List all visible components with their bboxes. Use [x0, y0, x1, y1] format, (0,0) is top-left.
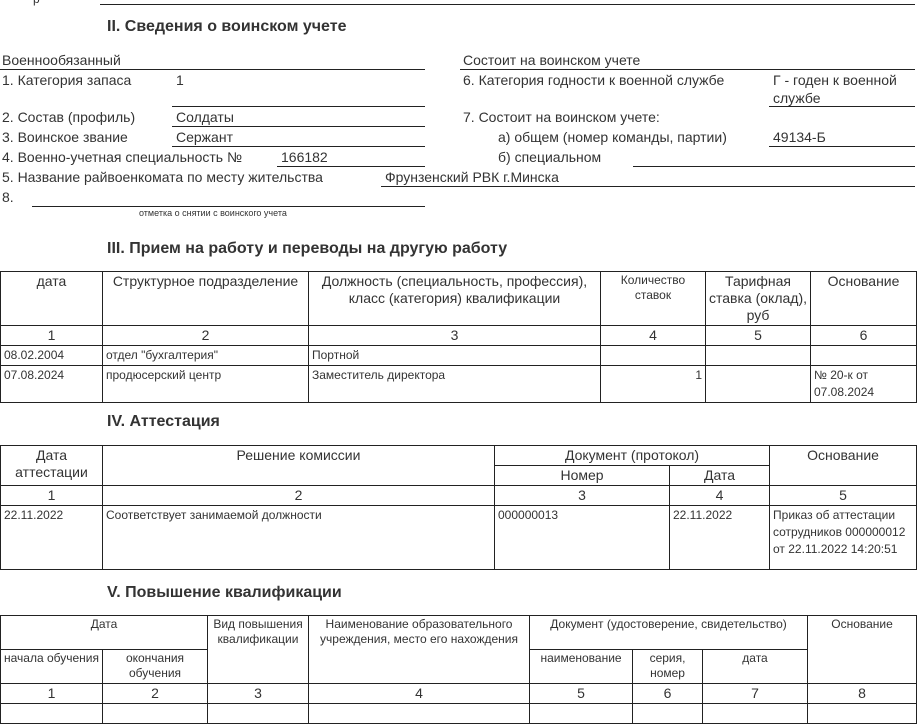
- cell-rates: 1: [601, 366, 706, 403]
- col-header-doc-date: дата: [703, 650, 808, 684]
- cell-type: [208, 704, 309, 724]
- qualification-table: Дата Вид повышения квалификации Наименов…: [0, 615, 917, 724]
- col-number: 1: [1, 684, 103, 704]
- cell-date: 07.08.2024: [1, 366, 103, 403]
- cell-department: продюсерский центр: [103, 366, 309, 403]
- col-header-doc-series: серия, номер: [633, 650, 703, 684]
- rule: [460, 69, 915, 70]
- employment-table: дата Структурное подразделение Должность…: [0, 271, 917, 403]
- rule: [172, 126, 425, 127]
- col-header-basis: Основание: [770, 446, 917, 486]
- col-header-date: Дата: [1, 616, 208, 650]
- removal-note: отметка о снятии с воинского учета: [139, 208, 287, 218]
- section5-title: V. Повышение квалификации: [107, 584, 342, 602]
- section2-title: II. Сведения о воинском учете: [107, 18, 346, 36]
- col-number: 6: [633, 684, 703, 704]
- col-number: 6: [811, 326, 917, 346]
- top-fragment: р: [33, 0, 40, 8]
- registration-label: 7. Состоит на воинском учете:: [463, 108, 660, 126]
- cell-rates: [601, 346, 706, 366]
- col-header-institution: Наименование образовательного учреждения…: [309, 616, 530, 684]
- section3-title: III. Прием на работу и переводы на другу…: [107, 240, 507, 258]
- col-number: 3: [208, 684, 309, 704]
- commissariat-value: Фрунзенский РВК г.Минска: [385, 168, 559, 186]
- col-header-salary: Тарифная ставка (оклад), руб: [706, 272, 811, 326]
- general-registration-value: 49134-Б: [773, 128, 826, 146]
- cell-date: 08.02.2004: [1, 346, 103, 366]
- col-header-attestation-date: Дата аттестации: [1, 446, 103, 486]
- rule: [633, 166, 915, 167]
- rule: [769, 106, 915, 107]
- specialty-value: 166182: [281, 148, 328, 166]
- cell-start: [1, 704, 103, 724]
- cell-attestation-date: 22.11.2022: [1, 506, 103, 570]
- table-row: 07.08.2024 продюсерский центр Заместител…: [1, 366, 917, 403]
- rule: [32, 206, 425, 207]
- col-header-rates: Количество ставок: [601, 272, 706, 326]
- cell-basis: [808, 704, 917, 724]
- col-number: 4: [601, 326, 706, 346]
- cell-end: [103, 704, 208, 724]
- col-number: 3: [309, 326, 601, 346]
- col-header-basis: Основание: [808, 616, 917, 684]
- cell-doc-date: [703, 704, 808, 724]
- cell-basis: № 20-к от 07.08.2024: [811, 366, 917, 403]
- military-status-right: Состоит на воинском учете: [463, 51, 640, 69]
- rule: [277, 166, 425, 167]
- fitness-category-label: 6. Категория годности к военной службе: [463, 71, 724, 89]
- cell-position: Заместитель директора: [309, 366, 601, 403]
- col-number: 5: [706, 326, 811, 346]
- cell-doc-date: 22.11.2022: [670, 506, 770, 570]
- general-registration-label: а) общем (номер команды, партии): [498, 128, 727, 146]
- cell-doc-number: 000000013: [495, 506, 670, 570]
- commissariat-label: 5. Название райвоенкомата по месту жител…: [2, 168, 323, 186]
- section4-title: IV. Аттестация: [107, 413, 220, 431]
- cell-decision: Соответствует занимаемой должности: [103, 506, 495, 570]
- cell-salary: [706, 346, 811, 366]
- rank-label: 3. Воинское звание: [2, 128, 128, 146]
- col-number: 2: [103, 326, 309, 346]
- col-number: 1: [1, 326, 103, 346]
- table-row: 22.11.2022 Соответствует занимаемой долж…: [1, 506, 917, 570]
- col-number: 1: [1, 486, 103, 506]
- col-header-position: Должность (специальность, профессия), кл…: [309, 272, 601, 326]
- col-header-start: начала обучения: [1, 650, 103, 684]
- col-number: 3: [495, 486, 670, 506]
- col-header-decision: Решение комиссии: [103, 446, 495, 486]
- item8-label: 8.: [2, 188, 14, 206]
- cell-salary: [706, 366, 811, 403]
- col-header-type: Вид повышения квалификации: [208, 616, 309, 684]
- military-status-left: Военнообязанный: [2, 51, 121, 69]
- col-header-doc-number: Номер: [495, 466, 670, 486]
- reserve-category-label: 1. Категория запаса: [2, 71, 131, 89]
- col-header-end: окончания обучения: [103, 650, 208, 684]
- table-row: 08.02.2004 отдел "бухгалтерия" Портной: [1, 346, 917, 366]
- col-header-doc-date: Дата: [670, 466, 770, 486]
- special-registration-label: б) специальном: [498, 148, 601, 166]
- rule: [769, 146, 915, 147]
- table-row: [1, 704, 917, 724]
- col-number: 5: [770, 486, 917, 506]
- top-rule: [100, 4, 915, 5]
- cell-department: отдел "бухгалтерия": [103, 346, 309, 366]
- col-number: 2: [103, 486, 495, 506]
- rule: [172, 146, 425, 147]
- cell-institution: [309, 704, 530, 724]
- col-number: 2: [103, 684, 208, 704]
- col-header-doc-name: наименование: [530, 650, 633, 684]
- col-header-document: Документ (протокол): [495, 446, 770, 466]
- attestation-table: Дата аттестации Решение комиссии Докумен…: [0, 445, 917, 570]
- cell-position: Портной: [309, 346, 601, 366]
- rule: [381, 186, 915, 187]
- composition-label: 2. Состав (профиль): [2, 108, 135, 126]
- col-header-department: Структурное подразделение: [103, 272, 309, 326]
- col-header-document: Документ (удостоверение, свидетельство): [530, 616, 808, 650]
- rule: [172, 106, 425, 107]
- col-header-date: дата: [1, 272, 103, 326]
- col-number: 4: [309, 684, 530, 704]
- composition-value: Солдаты: [176, 108, 234, 126]
- cell-basis: Приказ об аттестации сотрудников 0000000…: [770, 506, 917, 570]
- rank-value: Сержант: [176, 128, 233, 146]
- col-number: 5: [530, 684, 633, 704]
- rule: [0, 69, 425, 70]
- cell-doc-series: [633, 704, 703, 724]
- col-number: 4: [670, 486, 770, 506]
- specialty-label: 4. Военно-учетная специальность №: [2, 148, 242, 166]
- reserve-category-value: 1: [176, 71, 184, 89]
- cell-basis: [811, 346, 917, 366]
- fitness-category-value: Г - годен к военной службе: [773, 71, 913, 107]
- col-number: 7: [703, 684, 808, 704]
- col-number: 8: [808, 684, 917, 704]
- cell-doc-name: [530, 704, 633, 724]
- col-header-basis: Основание: [811, 272, 917, 326]
